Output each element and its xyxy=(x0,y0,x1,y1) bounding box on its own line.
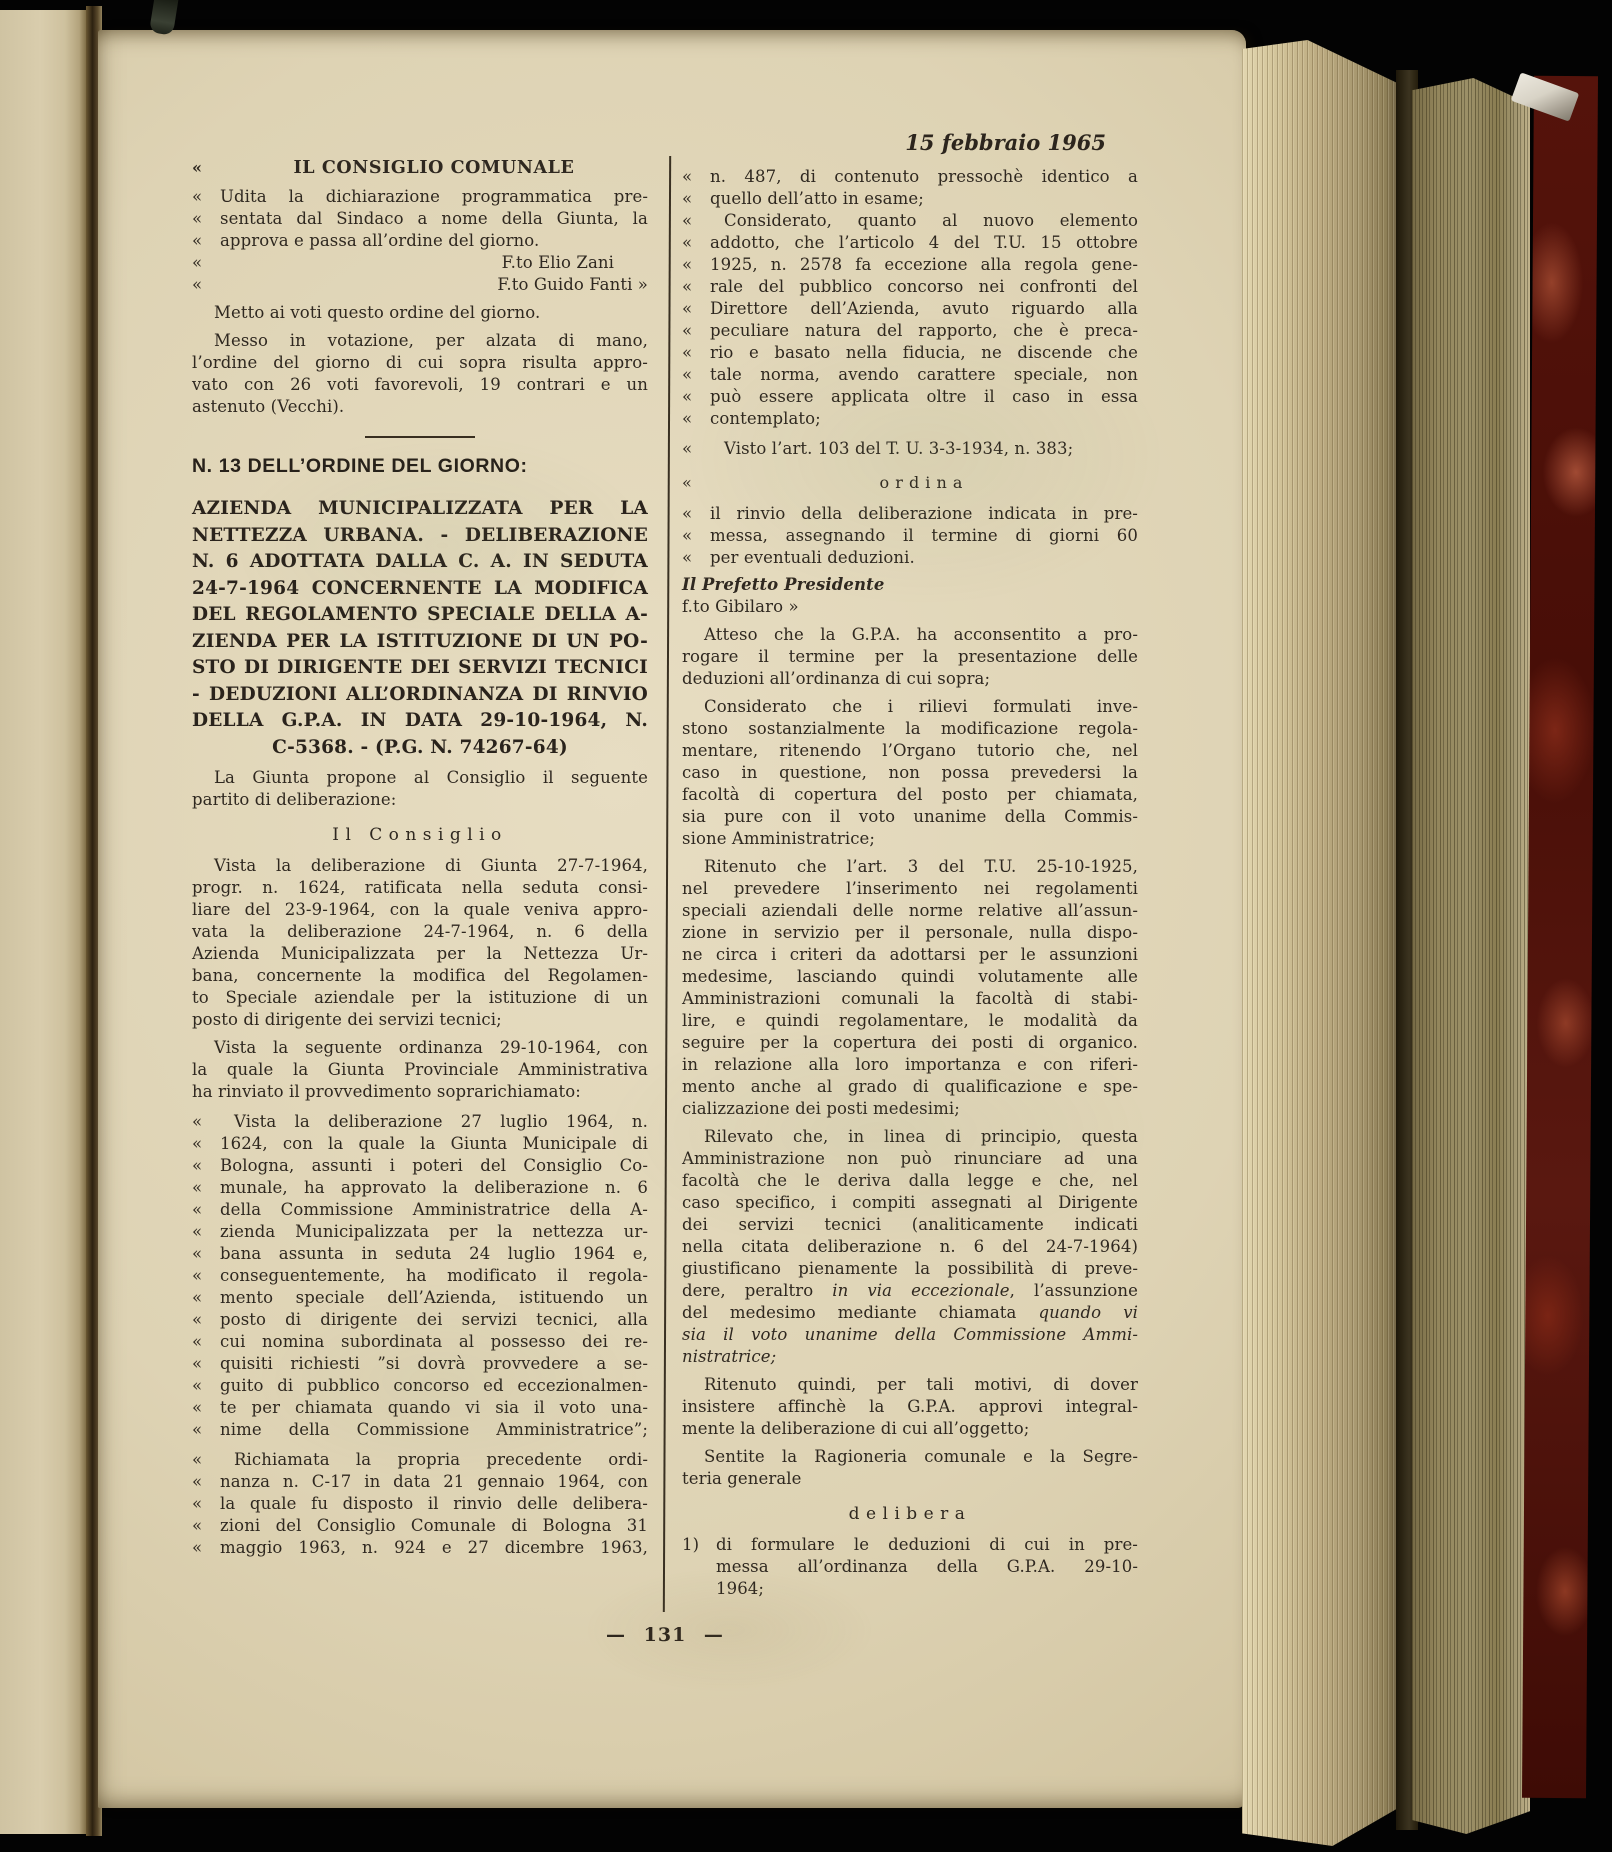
fore-edge-pages-front xyxy=(1242,40,1398,1846)
text-line: 1925, n. 2578 fa eccezione alla regola g… xyxy=(710,254,1138,276)
quote-mark: « xyxy=(192,1515,220,1537)
quote-mark: « xyxy=(192,252,220,274)
block-para: Metto ai voti questo ordine del giorno. xyxy=(192,302,648,324)
text-line: C-5368. - (P.G. N. 74267-64) xyxy=(192,735,648,762)
block-para: Sentite la Ragioneria comunale e la Segr… xyxy=(682,1446,1138,1490)
block-item: 1)di formulare le deduzioni di cui in pr… xyxy=(682,1534,1138,1600)
text-line: cializzazione dei posti medesimi; xyxy=(682,1098,1138,1120)
text-line: addotto, che l’articolo 4 del T.U. 15 ot… xyxy=(710,232,1138,254)
text-line: può essere applicata oltre il caso in es… xyxy=(710,386,1138,408)
text-line: caso specifico, i compiti assegnati al D… xyxy=(682,1192,1138,1214)
block-quote: «n. 487, di contenuto pressochè identico… xyxy=(682,166,1138,430)
text-line: la quale la Giunta Provinciale Amministr… xyxy=(192,1059,648,1081)
scanned-book-page: 15 febbraio 1965 «IL CONSIGLIO COMUNALE«… xyxy=(0,0,1612,1852)
quote-mark: « xyxy=(192,186,220,208)
text-line: bana assunta in seduta 24 luglio 1964 e, xyxy=(220,1243,648,1265)
keyword-heading: Il Consiglio xyxy=(192,825,648,845)
text-line: conseguentemente, ha modificato il regol… xyxy=(220,1265,648,1287)
text-line: facoltà che le deriva dalla legge e che,… xyxy=(682,1170,1138,1192)
text-segment: sia il voto unanime della Commissione Am… xyxy=(682,1325,1138,1344)
quoted-line: «rio e basato nella fiducia, ne discende… xyxy=(682,342,1138,364)
text-line: contemplato; xyxy=(710,408,1138,430)
text-line: peculiare natura del rapporto, che è pre… xyxy=(710,320,1138,342)
text-line: ZIENDA PER LA ISTITUZIONE DI UN PO- xyxy=(192,629,648,656)
quote-mark: « xyxy=(682,342,710,364)
quote-mark: « xyxy=(682,210,710,232)
text-line: Messo in votazione, per alzata di mano, xyxy=(192,330,648,352)
quote-mark: « xyxy=(682,188,710,210)
text-line: lire, e quindi regolamentare, le modalit… xyxy=(682,1010,1138,1032)
text-line: AZIENDA MUNICIPALIZZATA PER LA xyxy=(192,496,648,523)
quote-mark: « xyxy=(682,320,710,342)
block-quote: «Visto l’art. 103 del T. U. 3-3-1934, n.… xyxy=(682,438,1138,460)
text-line: mente la deliberazione di cui all’oggett… xyxy=(682,1418,1138,1440)
list-item-first-line: 1)di formulare le deduzioni di cui in pr… xyxy=(682,1534,1138,1556)
text-line: quisiti richiesti ”si dovrà provvedere a… xyxy=(220,1353,648,1375)
text-line: STO DI DIRIGENTE DEI SERVIZI TECNICI xyxy=(192,655,648,682)
text-line: teria generale xyxy=(682,1468,1138,1490)
quoted-line: «nime della Commissione Amministratrice”… xyxy=(192,1419,648,1441)
quote-mark: « xyxy=(192,208,220,230)
block-quote: «il rinvio della deliberazione indicata … xyxy=(682,503,1138,569)
quote-mark: « xyxy=(682,547,710,569)
text-segment: dere, peraltro xyxy=(682,1281,832,1300)
block-para: Considerato che i rilievi formulati inve… xyxy=(682,696,1138,850)
quoted-line: «il rinvio della deliberazione indicata … xyxy=(682,503,1138,525)
page-header-date: 15 febbraio 1965 xyxy=(682,130,1106,155)
text-line: cui nomina subordinata al possesso dei r… xyxy=(220,1331,648,1353)
text-line: sione Amministratrice; xyxy=(682,828,1138,850)
text-line: ha rinviato il provvedimento soprarichia… xyxy=(192,1081,648,1103)
block-para: La Giunta propone al Consiglio il seguen… xyxy=(192,767,648,811)
text-line: Sentite la Ragioneria comunale e la Segr… xyxy=(682,1446,1138,1468)
quoted-line: «rale del pubblico concorso nei confront… xyxy=(682,276,1138,298)
quoted-line: «Udita la dichiarazione programmatica pr… xyxy=(192,186,648,208)
block-para: Ritenuto che l’art. 3 del T.U. 25-10-192… xyxy=(682,856,1138,1120)
text-line: per eventuali deduzioni. xyxy=(710,547,1138,569)
text-line: del medesimo mediante chiamata quando vi xyxy=(682,1302,1138,1324)
text-line: Azienda Municipalizzata per la Nettezza … xyxy=(192,943,648,965)
text-line: 1624, con la quale la Giunta Municipale … xyxy=(220,1133,648,1155)
text-line: mentare, ritenendo l’Organo tutorio che,… xyxy=(682,740,1138,762)
text-line: zioni del Consiglio Comunale di Bologna … xyxy=(220,1515,648,1537)
quoted-line: «te per chiamata quando vi sia il voto u… xyxy=(192,1397,648,1419)
text-segment: in via eccezionale xyxy=(832,1281,1009,1300)
quoted-line: «Vista la deliberazione 27 luglio 1964, … xyxy=(192,1111,648,1133)
page-number: — 131 — xyxy=(98,1624,1232,1646)
text-line: posto di dirigente dei servizi tecnici, … xyxy=(220,1309,648,1331)
text-line: to Speciale aziendale per la istituzione… xyxy=(192,987,648,1009)
text-line: di formulare le deduzioni di cui in pre- xyxy=(716,1534,1138,1556)
text-line: sentata dal Sindaco a nome della Giunta,… xyxy=(220,208,648,230)
quote-mark: « xyxy=(192,230,220,252)
text-line: insistere affinchè la G.P.A. approvi int… xyxy=(682,1396,1138,1418)
list-item-number: 1) xyxy=(682,1534,716,1556)
block-para: Rilevato che, in linea di principio, que… xyxy=(682,1126,1138,1368)
text-line: facoltà di copertura del posto per chiam… xyxy=(682,784,1138,806)
quote-mark: « xyxy=(192,1397,220,1419)
text-line: deduzioni all’ordinanza di cui sopra; xyxy=(682,668,1138,690)
quoted-line: «conseguentemente, ha modificato il rego… xyxy=(192,1265,648,1287)
quote-mark: « xyxy=(192,1419,220,1441)
text-line: Vista la deliberazione di Giunta 27-7-19… xyxy=(192,855,648,877)
quote-mark: « xyxy=(682,298,710,320)
keyword-heading: delibera xyxy=(682,1504,1138,1524)
quoted-line: «della Commissione Amministratrice della… xyxy=(192,1199,648,1221)
quoted-line: «1925, n. 2578 fa eccezione alla regola … xyxy=(682,254,1138,276)
signature-line: f.to Gibilaro » xyxy=(682,596,1138,618)
signature-line: «F.to Guido Fanti » xyxy=(192,274,648,296)
quoted-line: «zienda Municipalizzata per la nettezza … xyxy=(192,1221,648,1243)
text-line: speciali aziendali delle norme relative … xyxy=(682,900,1138,922)
quote-mark: « xyxy=(192,1265,220,1287)
quote-mark: « xyxy=(192,158,220,178)
quote-mark: « xyxy=(192,274,220,296)
text-line: nistratrice; xyxy=(682,1346,1138,1368)
quote-mark: « xyxy=(192,1537,220,1559)
text-line: nella citata deliberazione n. 6 del 24-7… xyxy=(682,1236,1138,1258)
text-line: messa, assegnando il termine di giorni 6… xyxy=(710,525,1138,547)
quoted-line: «zioni del Consiglio Comunale di Bologna… xyxy=(192,1515,648,1537)
quote-mark: « xyxy=(682,232,710,254)
text-line: Atteso che la G.P.A. ha acconsentito a p… xyxy=(682,624,1138,646)
text-line: astenuto (Vecchi). xyxy=(192,396,648,418)
text-line: la quale fu disposto il rinvio delle del… xyxy=(220,1493,648,1515)
text-line: approva e passa all’ordine del giorno. xyxy=(220,230,648,252)
quoted-line: «mento speciale dell’Azienda, istituendo… xyxy=(192,1287,648,1309)
quote-mark: « xyxy=(682,166,710,188)
quoted-line: «per eventuali deduzioni. xyxy=(682,547,1138,569)
quoted-line: «Considerato, quanto al nuovo elemento xyxy=(682,210,1138,232)
text-line: seguire per la copertura dei posti di or… xyxy=(682,1032,1138,1054)
text-line: Amministrazione non può rinunciare ad un… xyxy=(682,1148,1138,1170)
left-column: «IL CONSIGLIO COMUNALE«Udita la dichiara… xyxy=(192,158,648,1559)
text-line: rio e basato nella fiducia, ne discende … xyxy=(710,342,1138,364)
quote-mark: « xyxy=(682,438,710,460)
text-line: La Giunta propone al Consiglio il seguen… xyxy=(192,767,648,789)
text-line: in relazione alla loro importanza e con … xyxy=(682,1054,1138,1076)
text-line: Considerato che i rilievi formulati inve… xyxy=(682,696,1138,718)
block-quote: «Vista la deliberazione 27 luglio 1964, … xyxy=(192,1111,648,1441)
text-line: mento speciale dell’Azienda, istituendo … xyxy=(220,1287,648,1309)
quote-mark: « xyxy=(192,1493,220,1515)
text-line: munale, ha approvato la deliberazione n.… xyxy=(220,1177,648,1199)
keyword-heading: ordina xyxy=(710,473,1138,492)
text-line: rogare il termine per la presentazione d… xyxy=(682,646,1138,668)
column-divider xyxy=(663,156,671,1612)
quoted-line: «Richiamata la propria precedente ordi- xyxy=(192,1449,648,1471)
text-line: nanza n. C-17 in data 21 gennaio 1964, c… xyxy=(220,1471,648,1493)
quoted-line: «Bologna, assunti i poteri del Consiglio… xyxy=(192,1155,648,1177)
quote-mark: « xyxy=(192,1177,220,1199)
quote-mark: « xyxy=(192,1133,220,1155)
text-line: zione in servizio per il personale, null… xyxy=(682,922,1138,944)
text-line: NETTEZZA URBANA. - DELIBERAZIONE xyxy=(192,523,648,550)
quote-mark: « xyxy=(192,1309,220,1331)
text-line: DEL REGOLAMENTO SPECIALE DELLA A- xyxy=(192,602,648,629)
quote-mark: « xyxy=(192,1331,220,1353)
quote-mark: « xyxy=(192,1221,220,1243)
text-line: Ritenuto quindi, per tali motivi, di dov… xyxy=(682,1374,1138,1396)
text-line: nime della Commissione Amministratrice”; xyxy=(220,1419,648,1441)
text-line: Richiamata la propria precedente ordi- xyxy=(220,1449,648,1471)
quoted-line: «può essere applicata oltre il caso in e… xyxy=(682,386,1138,408)
text-line: dere, peraltro in via eccezionale, l’ass… xyxy=(682,1280,1138,1302)
quote-mark: « xyxy=(682,473,710,492)
quoted-line: «Direttore dell’Azienda, avuto riguardo … xyxy=(682,298,1138,320)
text-line: l’ordine del giorno di cui sopra risulta… xyxy=(192,352,648,374)
text-line: progr. n. 1624, ratificata nella seduta … xyxy=(192,877,648,899)
text-line: vato con 26 voti favorevoli, 19 contrari… xyxy=(192,374,648,396)
text-line: Rilevato che, in linea di principio, que… xyxy=(682,1126,1138,1148)
text-line: bana, concernente la modifica del Regola… xyxy=(192,965,648,987)
deliberation-title: AZIENDA MUNICIPALIZZATA PER LANETTEZZA U… xyxy=(192,496,648,761)
quoted-line: «peculiare natura del rapporto, che è pr… xyxy=(682,320,1138,342)
agenda-item-heading: N. 13 DELL’ORDINE DEL GIORNO: xyxy=(192,454,648,478)
text-line: partito di deliberazione: xyxy=(192,789,648,811)
text-line: ne circa i criteri da adottarsi per le a… xyxy=(682,944,1138,966)
quoted-line: «maggio 1963, n. 924 e 27 dicembre 1963, xyxy=(192,1537,648,1559)
quote-mark: « xyxy=(682,408,710,430)
right-column: «n. 487, di contenuto pressochè identico… xyxy=(682,158,1138,1600)
text-line: Bologna, assunti i poteri del Consiglio … xyxy=(220,1155,648,1177)
text-line: tale norma, avendo carattere speciale, n… xyxy=(710,364,1138,386)
text-line: sia il voto unanime della Commissione Am… xyxy=(682,1324,1138,1346)
quoted-line: «sentata dal Sindaco a nome della Giunta… xyxy=(192,208,648,230)
text-line: posto di dirigente dei servizi tecnici; xyxy=(192,1009,648,1031)
quote-mark: « xyxy=(682,276,710,298)
quote-mark: « xyxy=(192,1471,220,1493)
text-segment: quando vi xyxy=(1038,1303,1138,1322)
text-line: guito di pubblico concorso ed eccezional… xyxy=(220,1375,648,1397)
quoted-line: «quisiti richiesti ”si dovrà provvedere … xyxy=(192,1353,648,1375)
quoted-line: «munale, ha approvato la deliberazione n… xyxy=(192,1177,648,1199)
quoted-line: «guito di pubblico concorso ed ecceziona… xyxy=(192,1375,648,1397)
block-para: Ritenuto quindi, per tali motivi, di dov… xyxy=(682,1374,1138,1440)
block-para: Messo in votazione, per alzata di mano,l… xyxy=(192,330,648,418)
block-para: Atteso che la G.P.A. ha acconsentito a p… xyxy=(682,624,1138,690)
page: 15 febbraio 1965 «IL CONSIGLIO COMUNALE«… xyxy=(98,30,1246,1808)
text-line: messa all’ordinanza della G.P.A. 29-10- xyxy=(716,1556,1138,1578)
quote-mark: « xyxy=(192,1353,220,1375)
block-ordina: «ordina xyxy=(682,473,1138,492)
text-line: - DEDUZIONI ALL’ORDINANZA DI RINVIO xyxy=(192,682,648,709)
quote-mark: « xyxy=(192,1155,220,1177)
quote-mark: « xyxy=(682,254,710,276)
text-line: Amministrazioni comunali la facoltà di s… xyxy=(682,988,1138,1010)
quoted-line: «posto di dirigente dei servizi tecnici,… xyxy=(192,1309,648,1331)
text-line: 1964; xyxy=(716,1578,1138,1600)
quote-mark: « xyxy=(192,1243,220,1265)
signature-line: Il Prefetto Presidente xyxy=(682,574,1138,596)
quoted-line: «quello dell’atto in esame; xyxy=(682,188,1138,210)
block-headq: «IL CONSIGLIO COMUNALE xyxy=(192,158,648,178)
text-line: della Commissione Amministratrice della … xyxy=(220,1199,648,1221)
text-line: liare del 23-9-1964, con la quale veniva… xyxy=(192,899,648,921)
quote-mark: « xyxy=(682,386,710,408)
text-segment: , l’assunzione xyxy=(1010,1281,1138,1300)
quoted-line: «nanza n. C-17 in data 21 gennaio 1964, … xyxy=(192,1471,648,1493)
text-line: Vista la deliberazione 27 luglio 1964, n… xyxy=(220,1111,648,1133)
quoted-line: «cui nomina subordinata al possesso dei … xyxy=(192,1331,648,1353)
block-quote: «Udita la dichiarazione programmatica pr… xyxy=(192,186,648,252)
quoted-line: «tale norma, avendo carattere speciale, … xyxy=(682,364,1138,386)
signature: F.to Elio Zani xyxy=(220,252,648,274)
quote-mark: « xyxy=(192,1111,220,1133)
text-line: Udita la dichiarazione programmatica pre… xyxy=(220,186,648,208)
text-line: sia pure con il voto unanime della Commi… xyxy=(682,806,1138,828)
fore-edge-pages-back xyxy=(1412,78,1530,1834)
quoted-line: «contemplato; xyxy=(682,408,1138,430)
quote-mark: « xyxy=(192,1287,220,1309)
quoted-line: «messa, assegnando il termine di giorni … xyxy=(682,525,1138,547)
quote-mark: « xyxy=(192,1199,220,1221)
signature-line: «F.to Elio Zani xyxy=(192,252,648,274)
text-line: nel prevedere l’inserimento nei regolame… xyxy=(682,878,1138,900)
separator-rule xyxy=(365,436,475,438)
block-para: Vista la deliberazione di Giunta 27-7-19… xyxy=(192,855,648,1031)
text-line: Considerato, quanto al nuovo elemento xyxy=(710,210,1138,232)
quoted-line: «la quale fu disposto il rinvio delle de… xyxy=(192,1493,648,1515)
quoted-line: «n. 487, di contenuto pressochè identico… xyxy=(682,166,1138,188)
text-line: n. 487, di contenuto pressochè identico … xyxy=(710,166,1138,188)
text-line: il rinvio della deliberazione indicata i… xyxy=(710,503,1138,525)
quoted-line: «1624, con la quale la Giunta Municipale… xyxy=(192,1133,648,1155)
text-line: medesime, lasciando quindi volutamente a… xyxy=(682,966,1138,988)
text-line: dei servizi tecnici (analiticamente indi… xyxy=(682,1214,1138,1236)
block-quote: «Richiamata la propria precedente ordi-«… xyxy=(192,1449,648,1559)
text-line: 24-7-1964 CONCERNENTE LA MODIFICA xyxy=(192,576,648,603)
quote-mark: « xyxy=(682,525,710,547)
text-line: zienda Municipalizzata per la nettezza u… xyxy=(220,1221,648,1243)
text-line: Vista la seguente ordinanza 29-10-1964, … xyxy=(192,1037,648,1059)
quoted-line: «Visto l’art. 103 del T. U. 3-3-1934, n.… xyxy=(682,438,1138,460)
block-sigit: Il Prefetto Presidentef.to Gibilaro » xyxy=(682,574,1138,618)
block-sig: «F.to Elio Zani«F.to Guido Fanti » xyxy=(192,252,648,296)
quoted-line: «bana assunta in seduta 24 luglio 1964 e… xyxy=(192,1243,648,1265)
text-line: Ritenuto che l’art. 3 del T.U. 25-10-192… xyxy=(682,856,1138,878)
text-line: caso in questione, non possa prevedersi … xyxy=(682,762,1138,784)
quote-mark: « xyxy=(192,1449,220,1471)
text-line: rale del pubblico concorso nei confronti… xyxy=(710,276,1138,298)
quote-mark: « xyxy=(682,503,710,525)
quote-mark: « xyxy=(192,1375,220,1397)
text-line: Visto l’art. 103 del T. U. 3-3-1934, n. … xyxy=(710,438,1138,460)
text-line: stono sostanzialmente la modificazione r… xyxy=(682,718,1138,740)
text-line: N. 6 ADOTTATA DALLA C. A. IN SEDUTA xyxy=(192,549,648,576)
text-line: DELLA G.P.A. IN DATA 29-10-1964, N. xyxy=(192,708,648,735)
text-line: giustificano pienamente la possibilità d… xyxy=(682,1258,1138,1280)
text-line: vata la deliberazione 24-7-1964, n. 6 de… xyxy=(192,921,648,943)
text-line: mento anche al grado di qualificazione e… xyxy=(682,1076,1138,1098)
signature: F.to Guido Fanti » xyxy=(220,274,648,296)
quoted-line: «approva e passa all’ordine del giorno. xyxy=(192,230,648,252)
section-heading: IL CONSIGLIO COMUNALE xyxy=(220,158,648,178)
marbled-cover xyxy=(1522,76,1598,1798)
text-line: Metto ai voti questo ordine del giorno. xyxy=(192,302,648,324)
text-line: maggio 1963, n. 924 e 27 dicembre 1963, xyxy=(220,1537,648,1559)
text-line: te per chiamata quando vi sia il voto un… xyxy=(220,1397,648,1419)
text-line: Direttore dell’Azienda, avuto riguardo a… xyxy=(710,298,1138,320)
quoted-line: «addotto, che l’articolo 4 del T.U. 15 o… xyxy=(682,232,1138,254)
text-line: quello dell’atto in esame; xyxy=(710,188,1138,210)
opposite-page-edge xyxy=(0,10,90,1834)
quote-mark: « xyxy=(682,364,710,386)
block-para: Vista la seguente ordinanza 29-10-1964, … xyxy=(192,1037,648,1103)
text-segment: del medesimo mediante chiamata xyxy=(682,1303,1038,1322)
